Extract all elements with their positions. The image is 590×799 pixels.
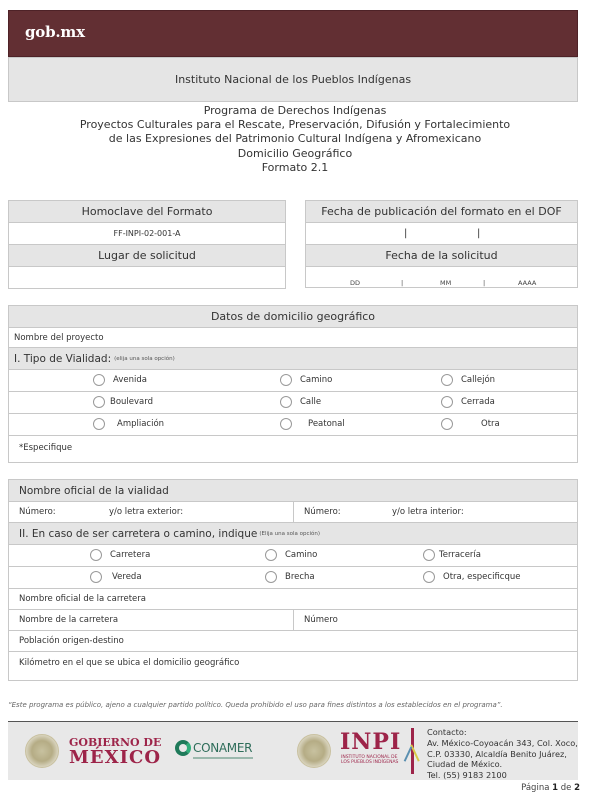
vialidad-options-row: Boulevard Calle Cerrada: [9, 392, 577, 414]
dates-box: Fecha de publicación del formato en el D…: [305, 200, 578, 288]
numero-exterior-field[interactable]: Número: y/o letra exterior:: [9, 502, 294, 522]
fecha-solicitud-field[interactable]: DD | MM | AAAA: [306, 267, 577, 289]
conamer-subtitle: [193, 757, 253, 759]
nombre-carretera-field[interactable]: Nombre de la carretera: [9, 610, 294, 630]
radio-circle-icon[interactable]: [90, 571, 102, 583]
project-title-line2: de las Expresiones del Patrimonio Cultur…: [0, 132, 590, 146]
national-seal-icon: [25, 734, 59, 768]
radio-circle-icon[interactable]: [265, 571, 277, 583]
date-separator: |: [404, 228, 407, 239]
conamer-logo: CONAMER: [175, 740, 252, 756]
radio-circle-icon[interactable]: [423, 549, 435, 561]
vialidad-options-row: Avenida Camino Callejón: [9, 370, 577, 392]
document-titles: Programa de Derechos Indígenas Proyectos…: [0, 104, 590, 175]
project-name-label: Nombre del proyecto: [14, 333, 104, 343]
page-indicator: Página 1 de 2: [521, 783, 580, 793]
radio-calle[interactable]: Calle: [280, 396, 321, 408]
month-label: MM: [440, 279, 451, 287]
homoclave-value: FF-INPI-02-001-A: [9, 223, 285, 245]
carretera-header: II. En caso de ser carretera o camino, i…: [9, 523, 577, 545]
numero-carretera-field[interactable]: Número: [294, 610, 577, 630]
nombre-oficial-vialidad-label: Nombre oficial de la vialidad: [9, 480, 577, 502]
project-name-field[interactable]: Nombre del proyecto: [9, 328, 577, 348]
radio-callejon[interactable]: Callejón: [441, 374, 495, 386]
nombre-oficial-carretera-field[interactable]: Nombre oficial de la carretera: [9, 589, 577, 610]
radio-circle-icon[interactable]: [280, 374, 292, 386]
radio-camino-carretera[interactable]: Camino: [265, 549, 317, 561]
fecha-publicacion-field[interactable]: | |: [306, 223, 577, 245]
carretera-options-row: Vereda Brecha Otra, especificque: [9, 567, 577, 589]
conamer-icon: [175, 740, 191, 756]
national-seal-icon: [297, 734, 331, 768]
lugar-label: Lugar de solicitud: [9, 245, 285, 267]
date-separator: |: [483, 279, 485, 287]
radio-camino[interactable]: Camino: [280, 374, 332, 386]
radio-brecha[interactable]: Brecha: [265, 571, 315, 583]
homoclave-box: Homoclave del Formato FF-INPI-02-001-A L…: [8, 200, 286, 289]
contact-info: Contacto: Av. México-Coyoacán 343, Col. …: [427, 727, 578, 781]
kilometro-field[interactable]: Kilómetro en el que se ubica el domicili…: [9, 652, 577, 673]
vialidad-options-row: Ampliación Peatonal Otra: [9, 414, 577, 436]
inpi-logo: INPI: [340, 729, 401, 755]
carretera-hint: (Elija una sola opción): [259, 531, 320, 537]
radio-circle-icon[interactable]: [441, 396, 453, 408]
radio-ampliacion[interactable]: Ampliación: [93, 418, 164, 430]
radio-circle-icon[interactable]: [93, 396, 105, 408]
radio-otra[interactable]: Otra: [441, 418, 500, 430]
institution-name: Instituto Nacional de los Pueblos Indíge…: [8, 57, 578, 102]
carretera-label: II. En caso de ser carretera o camino, i…: [19, 528, 257, 540]
radio-circle-icon[interactable]: [280, 418, 292, 430]
especifique-field[interactable]: *Especifique: [9, 436, 577, 460]
inpi-subtitle: Instituto Nacional de los Pueblos Indíge…: [341, 755, 401, 765]
fecha-publicacion-label: Fecha de publicación del formato en el D…: [306, 201, 577, 223]
form-subtitle: Domicilio Geográfico: [0, 147, 590, 161]
section-title: Datos de domicilio geográfico: [9, 306, 577, 328]
radio-circle-icon[interactable]: [441, 374, 453, 386]
radio-peatonal[interactable]: Peatonal: [280, 418, 345, 430]
carretera-options-row: Carretera Camino Terracería: [9, 545, 577, 567]
radio-vereda[interactable]: Vereda: [90, 571, 142, 583]
gob-mx-banner: gob.mx: [8, 10, 578, 57]
numero-row: Número: y/o letra exterior: Número: y/o …: [9, 502, 577, 523]
radio-avenida[interactable]: Avenida: [93, 374, 147, 386]
radio-circle-icon[interactable]: [265, 549, 277, 561]
radio-terraceria[interactable]: Terracería: [423, 549, 481, 561]
poblacion-field[interactable]: Población origen-destino: [9, 631, 577, 652]
format-version: Formato 2.1: [0, 161, 590, 175]
tipo-vialidad-label: I. Tipo de Vialidad:: [14, 353, 111, 365]
radio-cerrada[interactable]: Cerrada: [441, 396, 495, 408]
tipo-vialidad-header: I. Tipo de Vialidad: (elija una sola opc…: [9, 348, 577, 370]
disclaimer-note: “Este programa es público, ajeno a cualq…: [8, 701, 503, 709]
especifique-label: *Especifique: [19, 443, 72, 453]
domicilio-section: Datos de domicilio geográfico Nombre del…: [8, 305, 578, 463]
gobierno-line2: MÉXICO: [69, 747, 161, 768]
year-label: AAAA: [518, 279, 536, 287]
day-label: DD: [350, 279, 360, 287]
date-separator: |: [477, 228, 480, 239]
radio-circle-icon[interactable]: [93, 374, 105, 386]
fecha-solicitud-label: Fecha de la solicitud: [306, 245, 577, 267]
numero-interior-field[interactable]: Número: y/o letra interior:: [294, 502, 577, 522]
radio-circle-icon[interactable]: [423, 571, 435, 583]
carretera-nombre-row: Nombre de la carretera Número: [9, 610, 577, 631]
radio-circle-icon[interactable]: [280, 396, 292, 408]
footer: GOBIERNO DE MÉXICO CONAMER INPI Institut…: [8, 722, 578, 780]
homoclave-label: Homoclave del Formato: [9, 201, 285, 223]
program-title: Programa de Derechos Indígenas: [0, 104, 590, 118]
date-separator: |: [401, 279, 403, 287]
radio-otra-especifique[interactable]: Otra, especificque: [423, 571, 521, 583]
radio-circle-icon[interactable]: [441, 418, 453, 430]
gob-mx-logo[interactable]: gob.mx: [25, 23, 85, 41]
vialidad-section: Nombre oficial de la vialidad Número: y/…: [8, 479, 578, 681]
lugar-field[interactable]: [9, 267, 285, 289]
radio-circle-icon[interactable]: [90, 549, 102, 561]
radio-circle-icon[interactable]: [93, 418, 105, 430]
tipo-vialidad-hint: (elija una sola opción): [114, 356, 175, 362]
radio-carretera[interactable]: Carretera: [90, 549, 150, 561]
project-title-line1: Proyectos Culturales para el Rescate, Pr…: [0, 118, 590, 132]
radio-boulevard[interactable]: Boulevard: [93, 396, 153, 408]
